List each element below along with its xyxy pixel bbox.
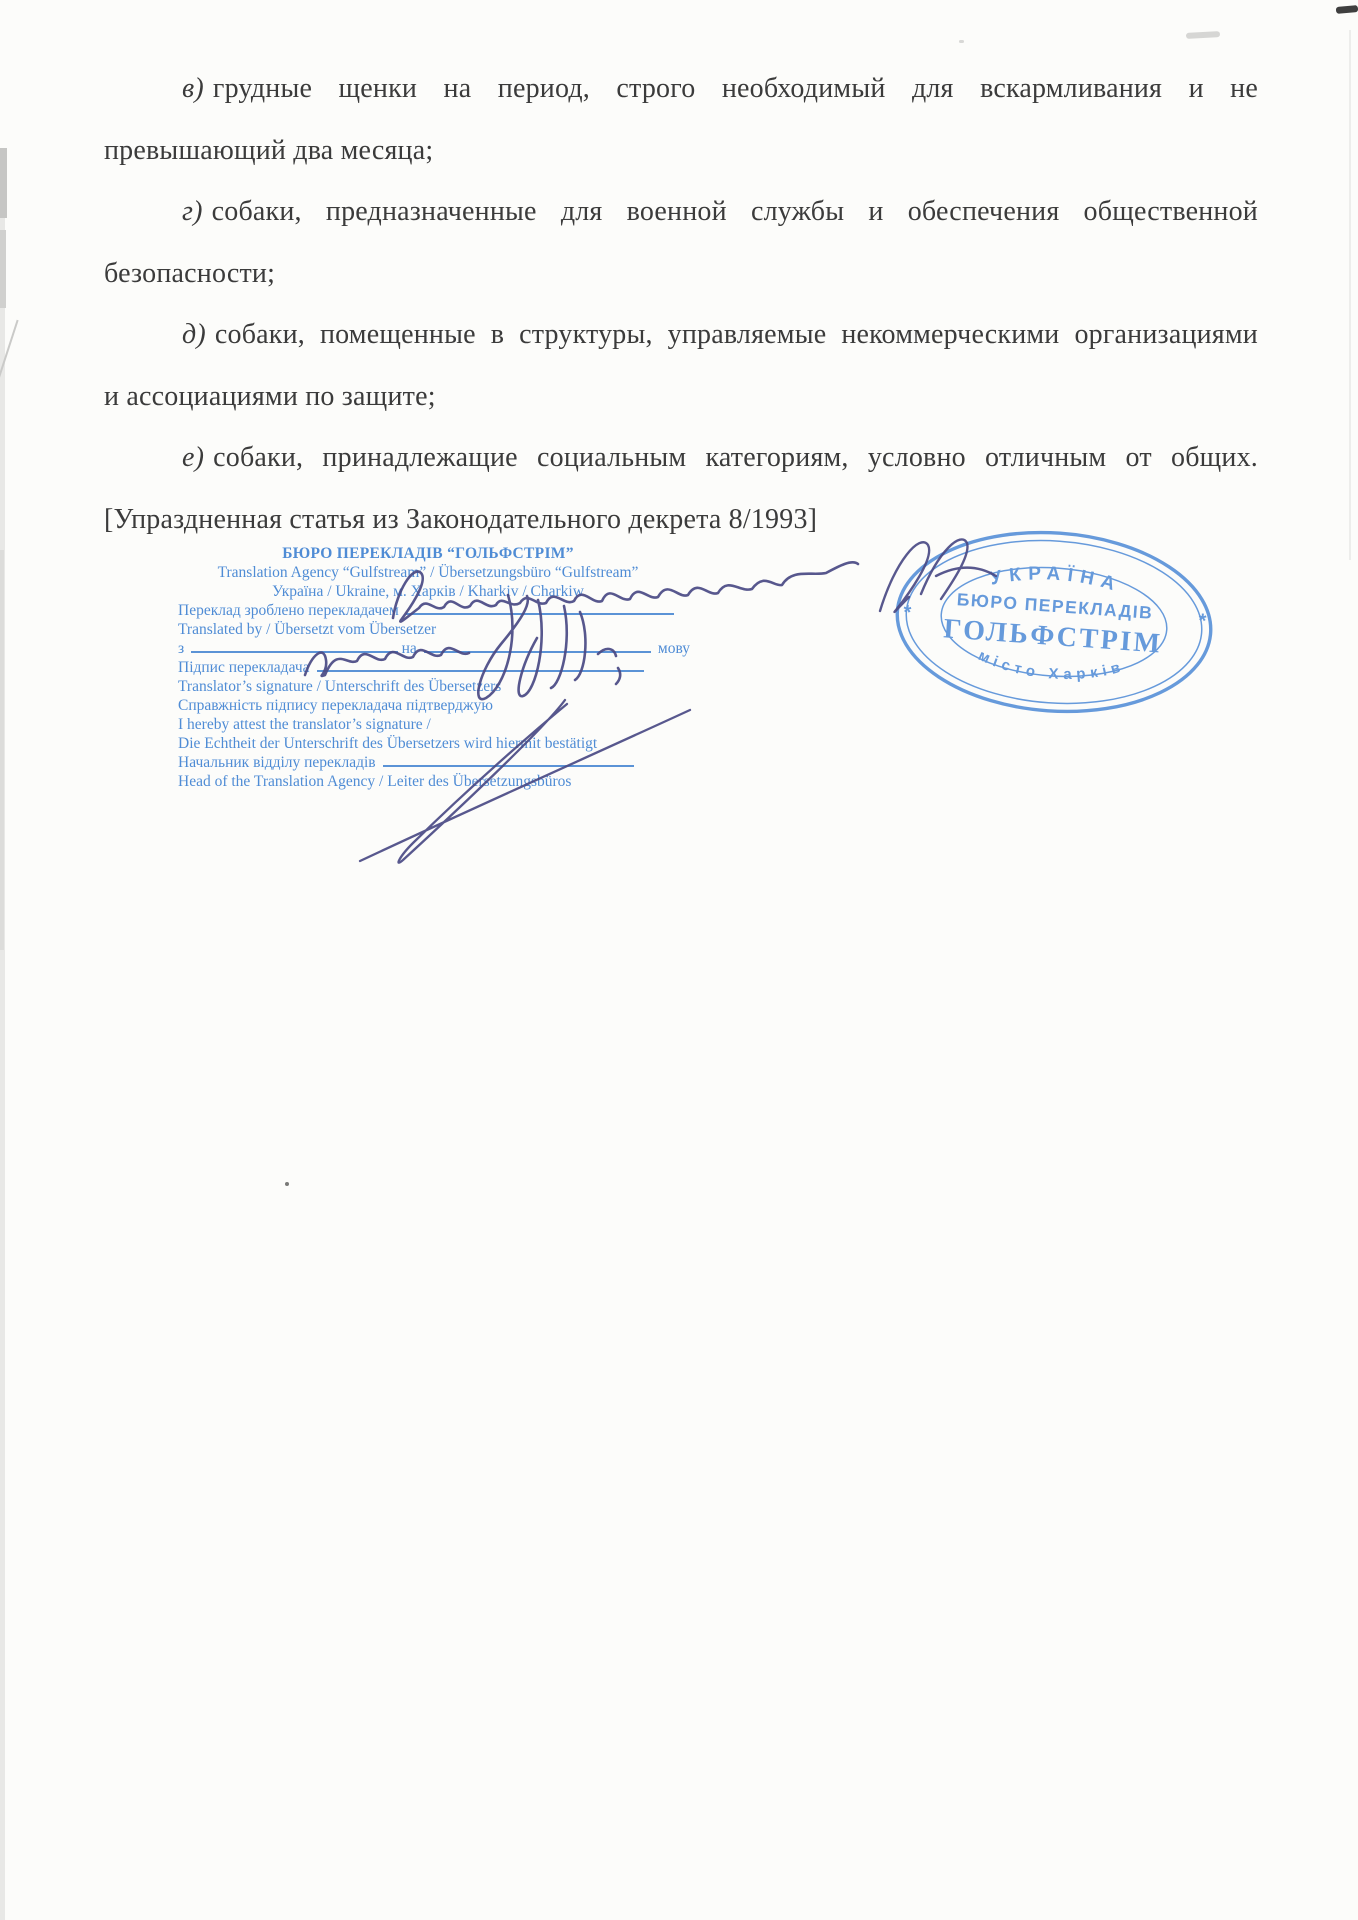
paragraph-e-text: собаки, принадлежащие социальным категор… xyxy=(213,442,1258,473)
item-marker-v: в) xyxy=(182,73,204,104)
handwritten-ink-layer xyxy=(280,515,1020,895)
scan-speck-dot xyxy=(285,1182,289,1186)
paragraph-v-line1: в)грудные щенки на период, строго необхо… xyxy=(104,58,1258,120)
scan-left-edge-shadow xyxy=(0,170,5,1920)
head-of-agency-signature xyxy=(360,700,690,863)
paragraph-g-line1: г)собаки, предназначенные для военной сл… xyxy=(104,181,1258,243)
translator-name-signature xyxy=(393,562,858,621)
scan-faint-speck xyxy=(959,40,964,43)
scan-left-edge-dark-segment xyxy=(0,550,4,950)
from-language-label: з xyxy=(178,639,184,658)
scan-right-edge-line xyxy=(1349,30,1351,560)
scan-left-mark-1 xyxy=(0,148,7,218)
paragraph-d-line1: д)собаки, помещенные в структуры, управл… xyxy=(104,304,1258,366)
item-marker-d: д) xyxy=(182,319,206,350)
scanned-document-page: в)грудные щенки на период, строго необхо… xyxy=(0,0,1358,1920)
scan-top-right-dark-dash xyxy=(1336,5,1358,14)
document-body: в)грудные щенки на период, строго необхо… xyxy=(104,58,1258,550)
paragraph-d-text: собаки, помещенные в структуры, управляе… xyxy=(215,319,1258,350)
item-marker-e: е) xyxy=(182,442,204,473)
scan-top-right-faint-dash xyxy=(1186,31,1220,39)
scan-left-mark-2 xyxy=(0,230,6,308)
stamp-right-asterisk: * xyxy=(1198,610,1208,633)
paragraph-e-line1: е)собаки, принадлежащие социальным катег… xyxy=(104,427,1258,489)
paragraph-g-text: собаки, предназначенные для военной служ… xyxy=(212,196,1258,227)
language-line-handwriting xyxy=(305,595,620,699)
paragraph-d-line2: и ассоциациями по защите; xyxy=(104,366,1258,428)
translator-initials xyxy=(880,539,996,611)
paragraph-g-line2: безопасности; xyxy=(104,243,1258,305)
item-marker-g: г) xyxy=(182,196,203,227)
paragraph-v-line2: превышающий два месяца; xyxy=(104,120,1258,182)
paragraph-v-text: грудные щенки на период, строго необходи… xyxy=(213,73,1258,104)
